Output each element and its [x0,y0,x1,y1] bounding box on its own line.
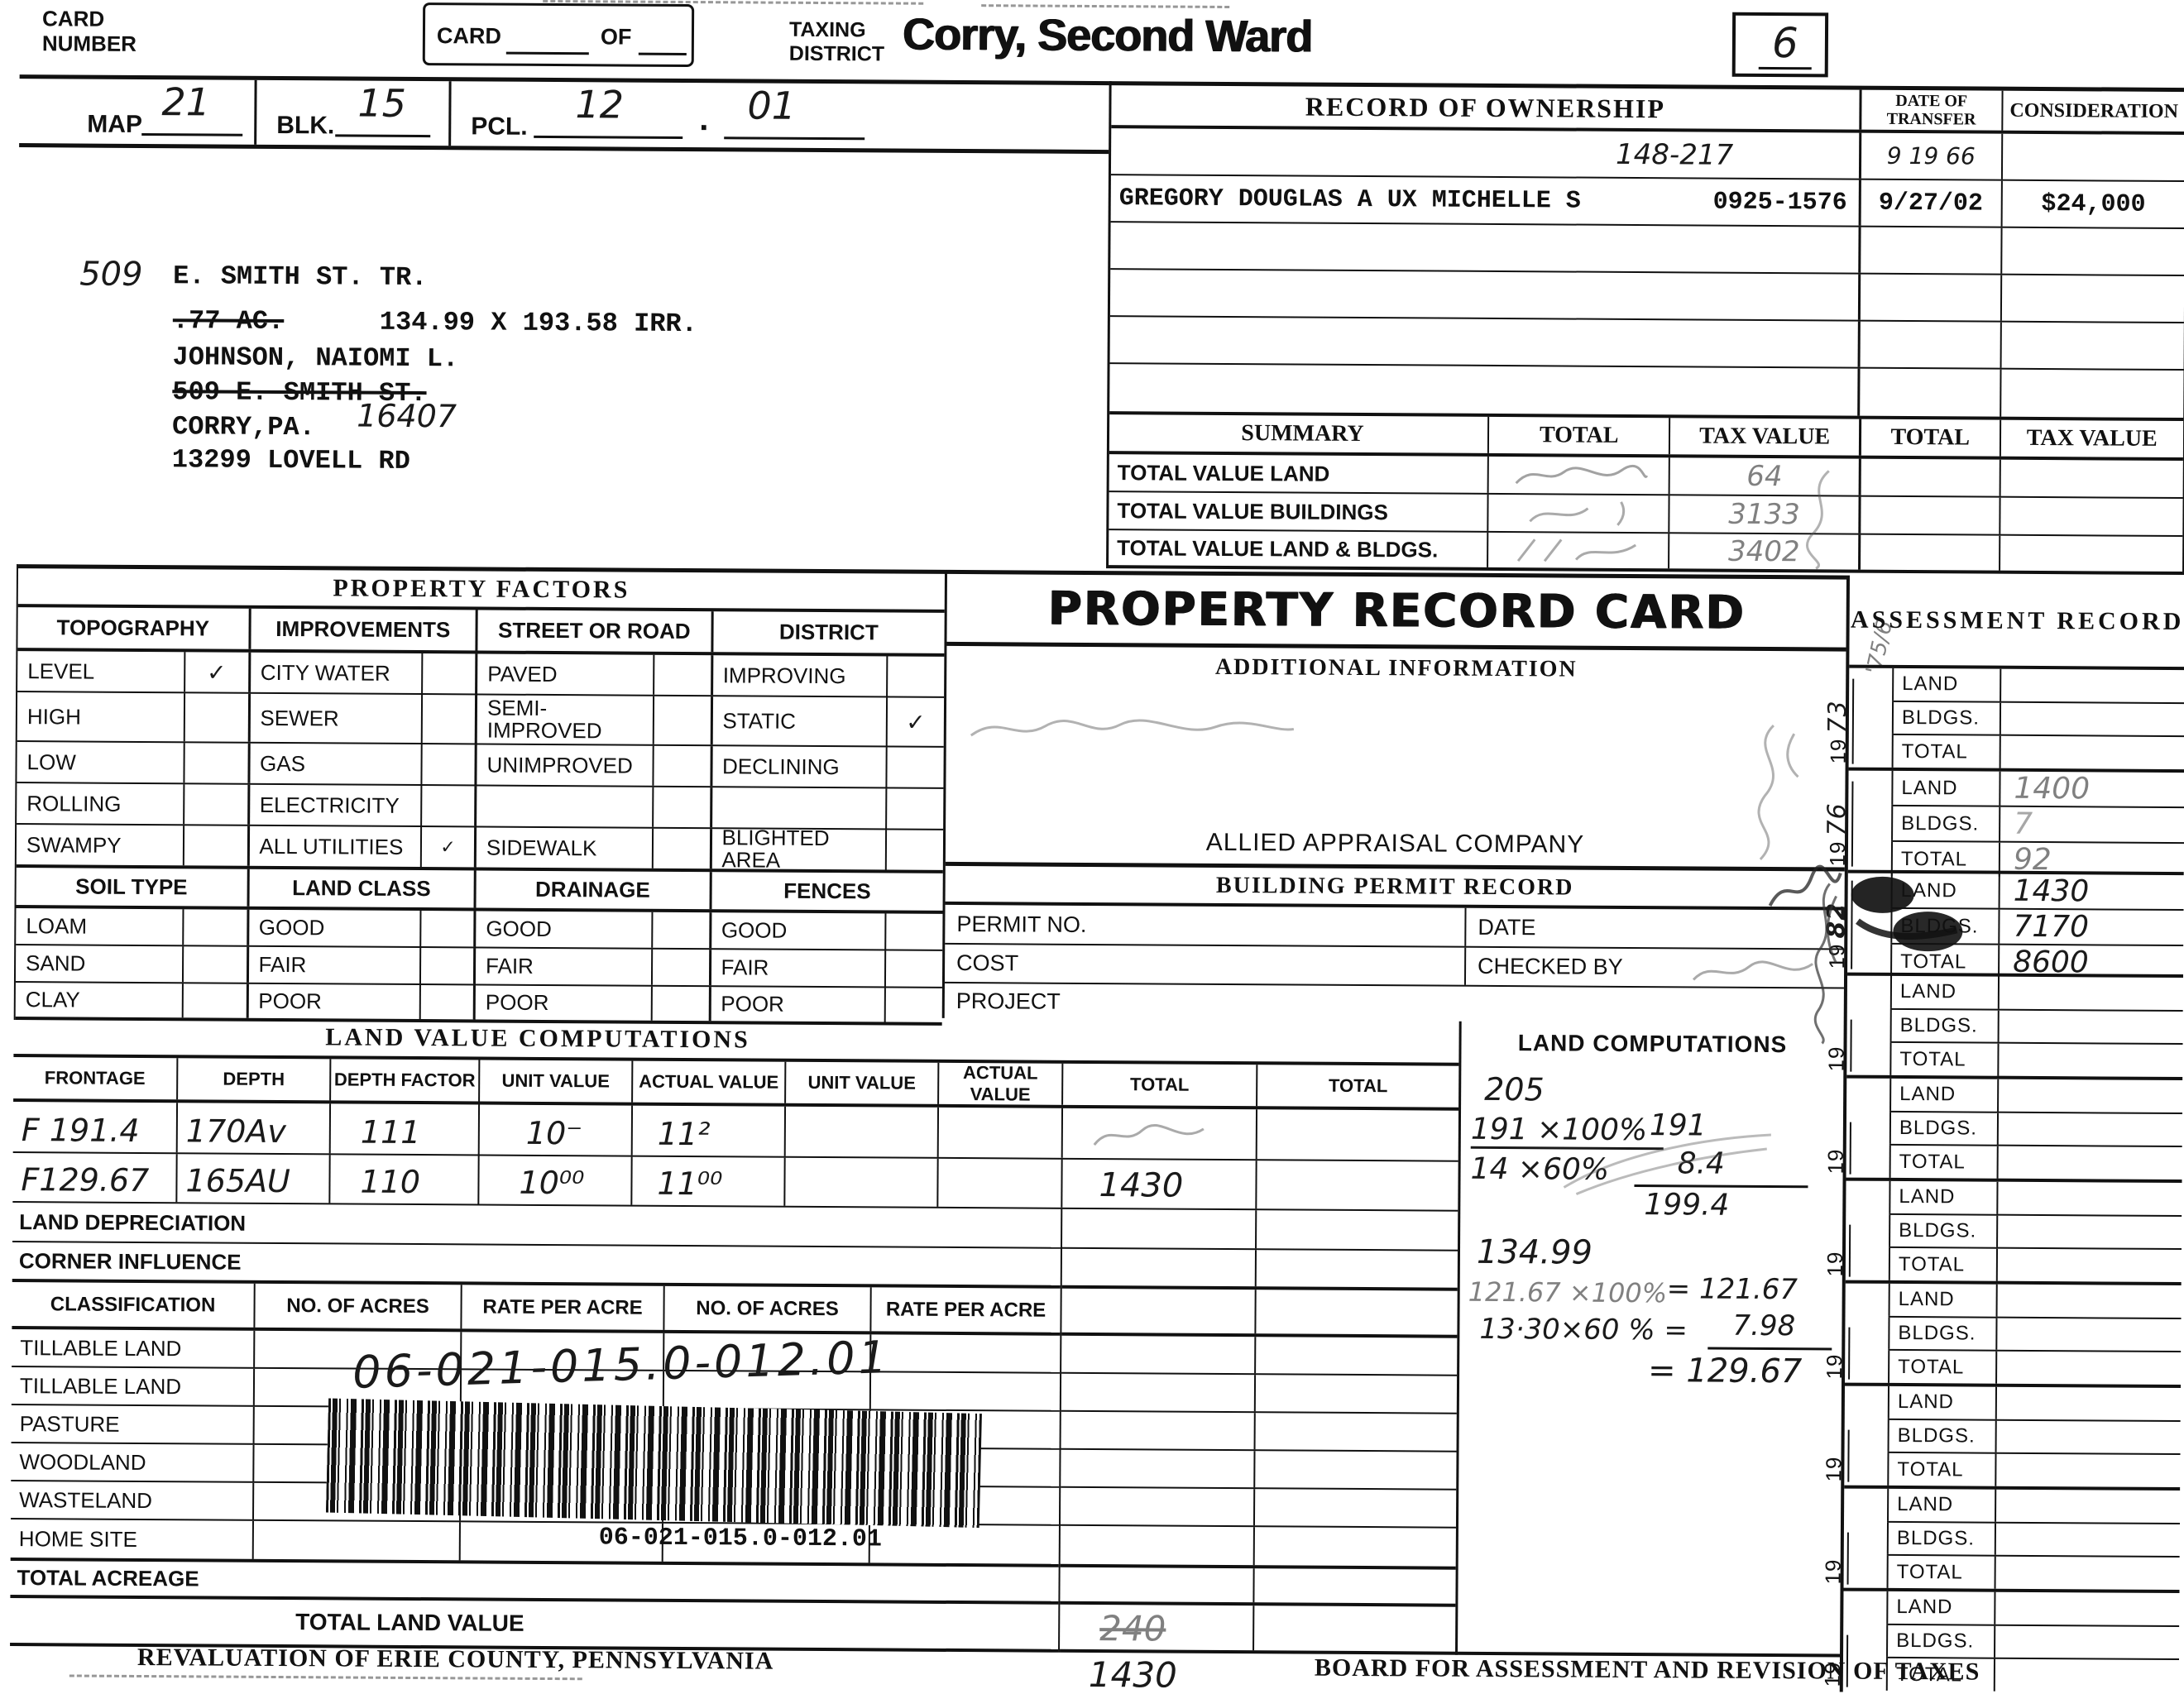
calc-134: 134.99 [1477,1233,1592,1272]
calc-1330: 13·30×60 % = [1479,1313,1688,1347]
bldgs-value [1998,1215,2182,1248]
factor-row: SWAMPY ALL UTILITIES✓ SIDEWALK BLIGHTED … [17,825,943,870]
unit-value: 10⁻ [526,1115,583,1151]
land-value [2000,977,2183,1010]
land-value [1996,1490,2180,1523]
street-semi-improved: SEMI-IMPROVED [477,695,593,744]
total-cell [1061,1108,1256,1159]
soil-headers: SOIL TYPE LAND CLASS DRAINAGE FENCES [16,864,942,914]
pencil-scribble [1559,1129,1774,1197]
pencil-scribble [1511,534,1644,568]
district-static: STATIC [712,696,886,745]
depth-value: 170Av [186,1113,286,1150]
land-label: LAND [1887,1489,1996,1521]
summary-total-label-2: TOTAL [1859,419,2000,457]
improvement-sewer: SEWER [250,694,421,743]
street-header: STREET OR ROAD [477,610,713,652]
topography-header: TOPOGRAPHY [17,607,251,649]
soil-row: SAND FAIR FAIR FAIR [16,945,942,988]
rate-header-2: RATE PER ACRE [869,1287,1060,1332]
permit-no-label: PERMIT NO. [945,905,1466,946]
improvements-header: IMPROVEMENTS [251,609,478,651]
assessment-row: LAND [1892,668,2184,704]
assessment-group: 19 LAND BLDGS. TOTAL [1846,973,2183,1077]
pencil-scribble [967,704,1298,755]
year-value: 73 [1823,700,1852,733]
situs-line: E. SMITH ST. TR. [173,261,427,293]
assessment-row: LAND [1890,976,2183,1012]
summary-row-label: TOTAL VALUE LAND & BLDGS. [1109,530,1487,567]
bldgs-value [1997,1420,2181,1453]
summary-total-label: TOTAL [1487,417,1669,454]
ink-blob [1849,872,1974,964]
lvc-row: F129.67 165AU 110 10⁰⁰ 11⁰⁰ 1430 [12,1153,1458,1212]
card-count: 6 [1759,19,1812,69]
assessment-year: 1973 [1823,678,1855,763]
revaluation-footer: REVALUATION OF ERIE COUNTY, PENNSYLVANIA [137,1644,774,1676]
city-state: CORRY,PA. [172,411,315,443]
blk-value: 15 [357,81,406,126]
assessment-row: TOTAL [1892,735,2184,769]
total-value [1996,1454,2180,1487]
ownership-row-empty [1110,270,2184,323]
bldgs-value: 7 [2000,807,2184,842]
assessment-row: TOTAL [1889,1248,2182,1282]
topography-swampy: SWAMPY [17,825,183,865]
total-value [1996,1557,2180,1590]
assessment-row: LAND [1889,1181,2182,1217]
assessment-row: TOTAL [1889,1146,2182,1180]
bldgs-label: BLDGS. [1889,1113,1999,1145]
map-blank [141,133,242,136]
land-label: LAND [1888,1386,1997,1419]
drainage-good: GOOD [476,911,651,947]
card-number-label: CARD NUMBER [42,7,175,57]
assessment-row: LAND1400 [1891,771,2184,808]
summary-tax-label: TAX VALUE [1669,418,1859,455]
bldgs-value [2000,1010,2183,1043]
assessment-row: BLDGS. [1889,1215,2182,1251]
lvc-headers: FRONTAGE DEPTH DEPTH FACTOR UNIT VALUE A… [13,1054,1458,1111]
acreage-struck: .77 AC. [173,305,285,337]
pencil-scribble [1779,464,1854,572]
lvc-row: F 191.4 170Av 111 10⁻ 11² [13,1102,1458,1162]
pcl-value-suffix: 01 [747,83,796,127]
unit-value-header-2: UNIT VALUE [784,1062,937,1104]
check-mark: ✓ [207,658,227,686]
factor-row: LOW GAS UNIMPROVED DECLINING [17,742,943,789]
bldgs-label: BLDGS. [1888,1420,1997,1452]
land-label: LAND [1889,1181,1998,1213]
property-factors-title: PROPERTY FACTORS [18,564,945,613]
calc-121-result: = 121.67 [1667,1272,1798,1306]
assessment-row: TOTAL [1887,1556,2180,1590]
pcl-label: PCL. [471,112,528,141]
district-improving: IMPROVING [713,655,887,696]
year-cell: 19 [1844,1489,1888,1588]
zip-hw: 16407 [357,398,457,435]
actual-value: 11² [658,1116,711,1152]
district-declining: DECLINING [712,746,886,787]
bldgs-label: BLDGS. [1887,1523,1996,1555]
blk-blank [335,134,430,137]
class-tillable-1: TILLABLE LAND [12,1329,253,1367]
property-record-card-scan: CARD NUMBER CARD OF TAXING DISTRICT Corr… [0,0,2184,1694]
year-cell: '75/6 1973 [1849,668,1893,768]
year-cell: 19 [1846,1079,1890,1178]
year-cell: 1976 [1848,771,1892,870]
bldgs-value [1999,1113,2182,1146]
assessment-group: 1976 LAND1400 BLDGS.7 TOTAL92 [1848,768,2184,872]
depth-factor-value: 111 [361,1114,421,1151]
assessment-group: 19 LAND BLDGS. TOTAL [1845,1280,2182,1385]
assessment-row: BLDGS. [1886,1625,2179,1661]
land-value [2001,669,2184,702]
total-label: TOTAL [1888,1351,1997,1383]
total-land-value-final: 1430 [1089,1654,1177,1694]
bldgs-label: BLDGS. [1891,806,2000,841]
actual-value-header: ACTUAL VALUE [631,1061,784,1103]
ownership-row: 148-217 9 19 66 [1111,128,2184,182]
total-value [2001,736,2184,769]
unit-value: 10⁰⁰ [519,1165,584,1201]
assessment-title: ASSESSMENT RECORD [1849,576,2184,667]
permit-row: PERMIT NO. DATE [945,905,1844,950]
barcode [326,1398,982,1528]
ownership-summary-panel: RECORD OF OWNERSHIP DATE OF TRANSFER CON… [1106,81,2184,575]
pcl-value-main: 12 [575,82,624,127]
bldgs-value [1996,1523,2180,1556]
book-page-hw: 148-217 [1616,137,1733,171]
land-value [1999,1079,2182,1113]
corner-influence-label: CORNER INFLUENCE [12,1242,1061,1289]
land-class-poor: POOR [248,984,419,1019]
frontage-value: F 191.4 [22,1112,140,1149]
card-of-box: CARD OF [423,2,694,67]
assessment-row: BLDGS. [1888,1420,2181,1456]
calc-final: = 129.67 [1648,1352,1802,1390]
assessment-group: '75/6 1973 LAND BLDGS. TOTAL [1849,665,2184,769]
grantee-cell: GREGORY DOUGLAS A UX MICHELLE S 0925-157… [1111,175,1859,226]
soil-row: LOAM GOOD GOOD GOOD [16,908,942,951]
improvement-gas: GAS [250,744,421,784]
depth-factor-header: DEPTH FACTOR [329,1059,478,1101]
bldgs-label: BLDGS. [1890,1010,2000,1042]
taxing-district-value: Corry, Second Ward [903,9,1312,63]
assessment-year: 1976 [1822,781,1854,866]
consideration-value: $24,000 [2041,189,2145,218]
improvement-electricity: ELECTRICITY [250,785,421,825]
assessment-row: BLDGS. [1887,1523,2180,1558]
map-cell: MAP 21 [19,79,256,145]
bldgs-value: 7170 [2000,910,2183,945]
summary-total-cell [1487,495,1669,532]
total-header-2: TOTAL [1256,1065,1458,1107]
assessment-row: LAND [1886,1591,2179,1627]
assessment-row: LAND [1888,1386,2181,1422]
card-of-of-label: OF [601,24,632,50]
calc-121: 121.67 ×100% [1468,1276,1668,1309]
land-value [1997,1387,2181,1420]
topography-rolling: ROLLING [17,783,183,824]
fences-poor: POOR [711,987,884,1022]
classification-headers: CLASSIFICATION NO. OF ACRES RATE PER ACR… [12,1282,1060,1336]
pencil-scribble [1521,496,1645,530]
summary-total-cell [1487,533,1669,568]
total-acreage-label: TOTAL ACREAGE [10,1558,1058,1605]
board-footer: BOARD FOR ASSESSMENT AND REVISION OF TAX… [1315,1654,1980,1687]
check-mark: ✓ [440,837,456,858]
fences-good: GOOD [711,912,885,949]
year-value: 76 [1822,802,1851,835]
calc-1330-result: 7.98 [1732,1309,1795,1342]
pcl-blank [724,136,864,140]
rate-header: RATE PER ACRE [460,1285,663,1329]
additional-info-label: ADDITIONAL INFORMATION [946,653,1846,685]
drainage-poor: POOR [476,985,651,1020]
frontage-value: F129.67 [21,1161,149,1199]
consideration-cell: $24,000 [2000,181,2184,227]
assessment-row: BLDGS. [1888,1318,2181,1353]
topography-high: HIGH [17,692,184,741]
summary-total-cell [1487,457,1669,494]
soil-sand: SAND [16,945,182,982]
frontage-header: FRONTAGE [13,1057,176,1099]
acres-header: NO. OF ACRES [253,1284,460,1329]
consideration-label: CONSIDERATION [2001,91,2184,132]
total-land-value-struck: 240 [1099,1608,1166,1649]
land-label: LAND [1891,771,2000,806]
land-label: LAND [1889,1284,1998,1316]
topography-low: LOW [17,742,183,782]
assessment-row: BLDGS.7 [1891,806,2184,844]
book-page: 0925-1576 [1713,188,1847,217]
bldgs-label: BLDGS. [1889,1215,1998,1247]
summary-row: TOTAL VALUE LAND & BLDGS. 3402 [1109,530,2182,575]
scan-artifact [69,1674,582,1680]
permit-cost-label: COST [945,945,1466,985]
assessment-row: LAND [1887,1489,2180,1524]
transfer-date-hw: 9 19 66 [1887,142,1976,170]
pencil-scribble [1687,951,1819,990]
drainage-header: DRAINAGE [477,870,712,909]
year-cell: 19 [1846,1181,1889,1280]
total-label: TOTAL [1892,735,2001,768]
pcl-blank [534,136,682,139]
ownership-row-empty [1110,223,2184,276]
total-label: TOTAL [1889,1146,1999,1178]
total-header: TOTAL [1061,1064,1256,1106]
street-blank [477,786,652,826]
owner-prior: JOHNSON, NAIOMI L. [172,342,458,374]
land-computations-box: LAND COMPUTATIONS 205 191 ×100% 191 14 ×… [1455,1022,1844,1658]
blk-label: BLK. [276,112,334,140]
depth-value: 165AU [185,1162,290,1199]
bldgs-value [2001,702,2184,735]
pencil-scribble [1510,460,1650,492]
factor-row: LEVEL✓ CITY WATER PAVED IMPROVING [17,651,944,698]
grantee-name: GREGORY DOUGLAS A UX MICHELLE S [1119,184,1581,215]
land-class-fair: FAIR [248,947,419,983]
transfer-date: 9/27/02 [1879,189,1983,218]
summary-tax-label-2: TAX VALUE [1999,420,2183,457]
summary-row: TOTAL VALUE LAND 64 [1109,454,2183,499]
card-of-card-label: CARD [437,23,501,49]
depth-factor-value: 110 [360,1164,420,1200]
ownership-header: RECORD OF OWNERSHIP DATE OF TRANSFER CON… [1111,85,2184,135]
pcl-cell: PCL. 12 . 01 [451,81,1109,150]
year-cell: 19 [1845,1284,1889,1383]
land-depreciation-label: LAND DEPRECIATION [12,1203,1061,1249]
year-prefix: 19 [1826,738,1851,763]
additional-info-area: ADDITIONAL INFORMATION ALLIED APPRAISAL … [946,646,1846,872]
land-class-good: GOOD [249,910,420,946]
appraisal-company: ALLIED APPRAISAL COMPANY [946,827,1845,861]
blk-cell: BLK. 15 [256,80,451,146]
assessment-row: TOTAL [1889,1043,2182,1077]
assessment-row: LAND [1889,1079,2182,1114]
year-prefix: 19 [1825,840,1850,866]
summary-row-label: TOTAL VALUE LAND [1109,454,1487,493]
unit-value-header: UNIT VALUE [478,1060,631,1102]
land-value [1995,1592,2179,1625]
assessment-group: 19 LAND BLDGS. TOTAL [1846,1075,2183,1180]
drainage-fair: FAIR [476,948,651,984]
assessment-row: TOTAL [1887,1453,2180,1487]
fences-fair: FAIR [711,950,884,986]
grantee-cell: 148-217 [1111,128,1859,179]
total-value: 8600 [2000,945,2183,980]
barcode-text: 06-021-015.0-012.01 [509,1524,972,1554]
taxing-district-label: TAXING DISTRICT [789,18,901,66]
district-blank [712,787,886,828]
actual-value-header-2: ACTUAL VALUE [937,1063,1061,1105]
land-value [1998,1285,2182,1318]
total-value [1999,1146,2182,1180]
acres-header-2: NO. OF ACRES [663,1286,869,1332]
mailing-address: 13299 LOVELL RD [172,444,410,476]
total-value [1997,1352,2181,1385]
land-class-header: LAND CLASS [249,869,477,908]
assessment-row: LAND [1889,1284,2182,1319]
ownership-row-empty [1109,364,2183,418]
class-home-site: HOME SITE [11,1519,252,1559]
check-mark: ✓ [906,708,926,735]
factor-row: ROLLING ELECTRICITY [17,783,943,830]
total-value [1995,1659,2179,1692]
land-computations-title: LAND COMPUTATIONS [1461,1030,1843,1059]
bldgs-value [1995,1625,2179,1658]
classification-header: CLASSIFICATION [12,1282,253,1328]
improvement-city-water: CITY WATER [251,653,422,693]
total-label: TOTAL [1889,1043,1999,1075]
consideration-cell [2000,134,2184,180]
ownership-row: GREGORY DOUGLAS A UX MICHELLE S 0925-157… [1111,175,2184,229]
actual-value: 11⁰⁰ [657,1165,722,1202]
factor-row: HIGH SEWER SEMI-IMPROVED STATIC✓ [17,692,944,748]
ownership-row-empty [1110,317,2184,371]
total-value [1998,1249,2182,1282]
assessment-row: BLDGS. [1892,702,2184,738]
fences-header: FENCES [711,872,943,911]
depth-header: DEPTH [176,1058,329,1100]
total-label: TOTAL [1887,1453,1996,1486]
summary-header: SUMMARY TOTAL TAX VALUE TOTAL TAX VALUE [1109,411,2183,461]
class-woodland: WOODLAND [11,1443,252,1481]
soil-type-header: SOIL TYPE [17,868,250,907]
bldgs-label: BLDGS. [1892,702,2001,735]
class-pasture: PASTURE [12,1405,253,1443]
land-value [1998,1182,2182,1215]
assessment-group: 19 LAND BLDGS. TOTAL [1846,1178,2182,1282]
total-label: TOTAL [1889,1248,1998,1280]
assessment-group: 19 LAND BLDGS. TOTAL [1844,1383,2181,1487]
total-label: TOTAL [1887,1556,1996,1588]
bldgs-label: BLDGS. [1888,1318,1997,1350]
lvc-title: LAND VALUE COMPUTATIONS [13,1017,1061,1060]
property-factors-panel: PROPERTY FACTORS TOPOGRAPHY IMPROVEMENTS… [14,564,945,1026]
summary-row-label: TOTAL VALUE BUILDINGS [1109,492,1487,531]
assessment-record-panel: ASSESSMENT RECORD '75/6 1973 LAND BLDGS.… [1840,576,2184,1694]
card-count-box: 6 [1732,12,1828,78]
calc-205: 205 [1484,1071,1545,1108]
record-card-title: PROPERTY RECORD CARD [946,570,1846,652]
class-tillable-2: TILLABLE LAND [12,1367,253,1405]
date-cell: 9 19 66 [1859,133,2001,179]
parcel-band: MAP 21 BLK. 15 PCL. 12 . 01 [19,74,1109,154]
soil-loam: LOAM [16,908,182,945]
pencil-scribble [1088,1117,1212,1154]
map-label: MAP [87,111,142,139]
bldgs-label: BLDGS. [1886,1625,1995,1658]
land-label: LAND [1886,1591,1995,1624]
lot-dimensions: 134.99 X 193.58 IRR. [380,307,697,339]
pcl-separator: . [699,101,708,138]
land-label: LAND [1889,1079,1999,1111]
street-unimproved: UNIMPROVED [477,744,652,785]
ownership-title: RECORD OF OWNERSHIP [1111,85,1859,130]
totals-column-region [1058,1209,1458,1655]
margin-scribble [1804,879,1843,1045]
assessment-row: BLDGS. [1890,1010,2183,1046]
land-label: LAND [1890,976,2000,1008]
date-cell: 9/27/02 [1859,180,2001,227]
map-value: 21 [161,79,210,124]
topography-level: LEVEL [17,651,184,691]
year-cell: 19 [1846,976,1890,1075]
tax-value-hw: 64 [1746,460,1783,493]
land-value: 1430 [2000,874,2184,909]
total-value: 92 [2000,843,2184,878]
property-factors-headers: TOPOGRAPHY IMPROVEMENTS STREET OR ROAD D… [17,607,944,657]
land-label: LAND [1892,668,2001,701]
date-of-transfer-label: DATE OF TRANSFER [1859,90,2001,131]
district-blighted-area: BLIGHTED AREA [711,829,885,869]
total-value [1999,1044,2182,1077]
soil-clay: CLAY [16,983,182,1017]
assessment-row: TOTAL [1888,1351,2181,1385]
street-paved: PAVED [477,653,653,694]
card-of-blank [639,53,687,55]
year-cell: 19 [1844,1386,1888,1486]
assessment-row: BLDGS. [1889,1113,2182,1148]
total-value: 1430 [1099,1166,1183,1205]
card-of-blank [506,52,589,55]
bldgs-value [1997,1318,2181,1351]
district-header: DISTRICT [713,611,945,653]
sum-line [1707,1347,1832,1351]
building-permit-title: BUILDING PERMIT RECORD [946,866,1845,911]
